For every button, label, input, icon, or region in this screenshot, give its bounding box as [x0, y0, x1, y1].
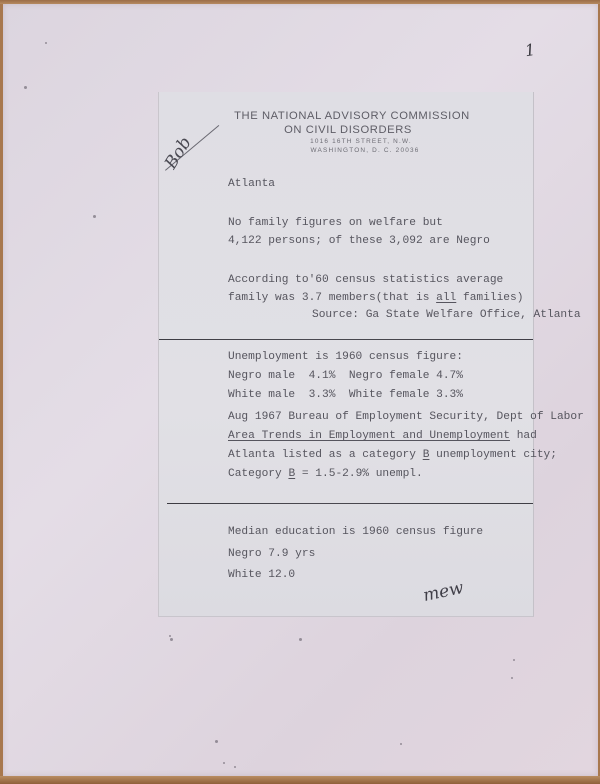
family-size-emphasis: all — [436, 292, 456, 304]
document-photo: 1 THE NATIONAL ADVISORY COMMISSION ON CI… — [0, 0, 600, 784]
education-intro: Median education is 1960 census figure — [228, 525, 483, 539]
welfare-line-1: No family figures on welfare but — [228, 216, 443, 230]
handwritten-initials: mew — [421, 578, 465, 606]
paper-speck — [93, 215, 96, 218]
section-divider — [167, 503, 533, 504]
page-number: 1 — [524, 39, 545, 61]
unemployment-note-line-3: Atlanta listed as a category B unemploym… — [228, 448, 557, 462]
publication-title: Area Trends in Employment and Unemployme… — [228, 430, 510, 442]
family-size-line-2: family was 3.7 members(that is all famil… — [228, 291, 523, 305]
welfare-line-2: 4,122 persons; of these 3,092 are Negro — [228, 234, 490, 248]
education-negro: Negro 7.9 yrs — [228, 547, 315, 561]
family-size-prefix: family was 3.7 members(that is — [228, 292, 436, 304]
paper-speck — [234, 766, 236, 768]
paper-speck — [223, 762, 225, 764]
letterhead: THE NATIONAL ADVISORY COMMISSION ON CIVI… — [159, 109, 533, 155]
paper-speck — [24, 86, 27, 89]
unemployment-negro-rates: Negro male 4.1% Negro female 4.7% — [228, 369, 463, 383]
letterhead-organization: THE NATIONAL ADVISORY COMMISSION — [159, 109, 533, 123]
unemployment-white-rates: White male 3.3% White female 3.3% — [228, 388, 463, 402]
paper-speck — [169, 635, 171, 637]
paper-speck — [299, 638, 302, 641]
paper-speck — [400, 743, 402, 745]
paper-speck — [215, 740, 218, 743]
paper-speck — [511, 677, 513, 679]
letterhead-street: 1016 16TH STREET, N.W. — [159, 137, 533, 146]
unemployment-note-line-2: Area Trends in Employment and Unemployme… — [228, 429, 537, 443]
paper-speck — [45, 42, 47, 44]
paper-speck — [513, 659, 515, 661]
note-line-3-suffix: unemployment city; — [429, 449, 557, 461]
unemployment-note-line-4: Category B = 1.5-2.9% unempl. — [228, 467, 423, 481]
family-size-suffix: families) — [456, 292, 523, 304]
letterhead-city: WASHINGTON, D. C. 20036 — [159, 146, 533, 155]
note-line-4-suffix: = 1.5-2.9% unempl. — [295, 468, 423, 480]
education-white: White 12.0 — [228, 568, 295, 582]
note-line-2-suffix: had — [510, 430, 537, 442]
family-size-source: Source: Ga State Welfare Office, Atlanta — [312, 308, 581, 322]
section-divider — [159, 339, 533, 340]
paper-speck — [170, 638, 173, 641]
letterhead-organization-line2: ON CIVIL DISORDERS — [159, 123, 533, 137]
typed-memo-slip: THE NATIONAL ADVISORY COMMISSION ON CIVI… — [158, 92, 534, 617]
memo-heading-city: Atlanta — [228, 177, 275, 191]
unemployment-intro: Unemployment is 1960 census figure: — [228, 350, 463, 364]
note-line-4-prefix: Category — [228, 468, 288, 480]
unemployment-note-line-1: Aug 1967 Bureau of Employment Security, … — [228, 410, 584, 424]
family-size-line-1: According to'60 census statistics averag… — [228, 273, 503, 287]
note-line-3-prefix: Atlanta listed as a category — [228, 449, 423, 461]
